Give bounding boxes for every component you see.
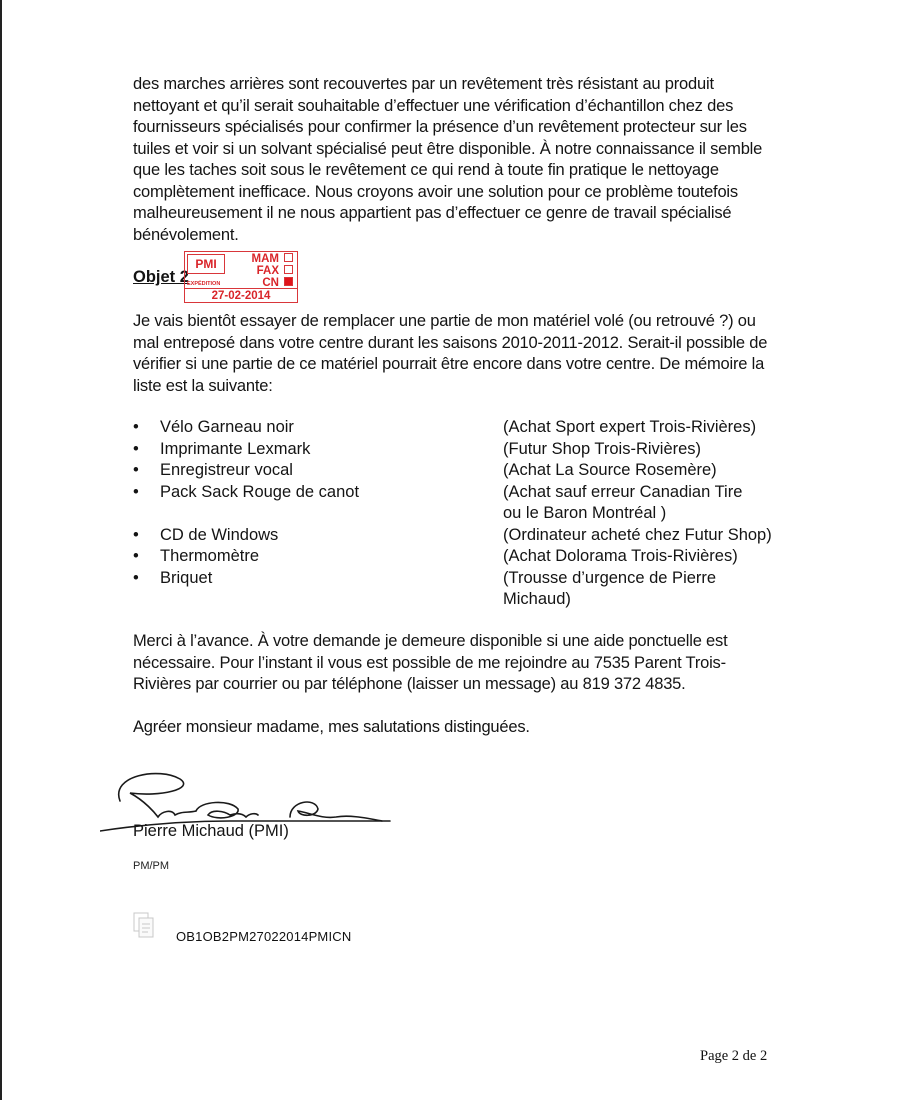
list-item: • Vélo Garneau noir (Achat Sport expert … [133, 417, 783, 439]
bullet-icon: • [133, 460, 143, 482]
item-source: (Ordinateur acheté chez Futur Shop) [503, 525, 783, 547]
item-name: Imprimante Lexmark [160, 439, 310, 461]
stamp-options: MAM FAX CN [252, 253, 293, 289]
checkbox-icon [284, 265, 293, 274]
scan-edge [0, 0, 2, 1100]
paragraph-cleaning-issue: des marches arrières sont recouvertes pa… [133, 74, 783, 246]
item-name: Briquet [160, 568, 212, 590]
page-number: Page 2 de 2 [700, 1048, 767, 1065]
item-name: CD de Windows [160, 525, 278, 547]
list-item: • Imprimante Lexmark (Futur Shop Trois-R… [133, 439, 783, 461]
stamp-initials: PMI [187, 254, 225, 274]
item-name: Vélo Garneau noir [160, 417, 294, 439]
stamp-option-mam: MAM [252, 253, 293, 265]
checkbox-icon [284, 253, 293, 262]
objet-heading: Objet 2 [133, 268, 189, 287]
bullet-icon: • [133, 546, 143, 568]
paragraph-material-request: Je vais bientôt essayer de remplacer une… [133, 311, 783, 397]
typist-initials: PM/PM [133, 860, 169, 872]
dispatch-stamp: PMI MAM FAX CN EXPÉDITION 27-02-2014 [184, 251, 298, 303]
stamp-date: 27-02-2014 [185, 288, 297, 303]
bullet-icon: • [133, 417, 143, 439]
list-item: • Briquet (Trousse d’urgence de Pierre M… [133, 568, 783, 611]
checkbox-checked-icon [284, 277, 293, 286]
list-item: • Enregistreur vocal (Achat La Source Ro… [133, 460, 783, 482]
list-item: • Pack Sack Rouge de canot (Achat sauf e… [133, 482, 783, 525]
closing-line: Agréer monsieur madame, mes salutations … [133, 717, 783, 739]
list-item: • Thermomètre (Achat Dolorama Trois-Rivi… [133, 546, 783, 568]
item-source: (Futur Shop Trois-Rivières) [503, 439, 783, 461]
item-source: (Trousse d’urgence de Pierre Michaud) [503, 568, 783, 611]
item-source: (Achat Dolorama Trois-Rivières) [503, 546, 783, 568]
bullet-icon: • [133, 568, 143, 590]
paragraph-contact: Merci à l’avance. À votre demande je dem… [133, 631, 783, 696]
bullet-icon: • [133, 525, 143, 547]
bullet-icon: • [133, 482, 143, 504]
bullet-icon: • [133, 439, 143, 461]
item-source: (Achat La Source Rosemère) [503, 460, 783, 482]
stamp-expedition-label: EXPÉDITION [187, 281, 220, 287]
material-list: • Vélo Garneau noir (Achat Sport expert … [133, 417, 783, 611]
item-source: (Achat sauf erreur Canadian Tire ou le B… [503, 482, 783, 525]
item-name: Enregistreur vocal [160, 460, 293, 482]
signatory-name: Pierre Michaud (PMI) [133, 822, 289, 841]
stamp-option-fax: FAX [252, 265, 293, 277]
item-name: Pack Sack Rouge de canot [160, 482, 359, 504]
reference-code: OB1OB2PM27022014PMICN [176, 929, 351, 944]
item-name: Thermomètre [160, 546, 259, 568]
item-source: (Achat Sport expert Trois-Rivières) [503, 417, 783, 439]
list-item: • CD de Windows (Ordinateur acheté chez … [133, 525, 783, 547]
attachment-document-icon [133, 912, 155, 938]
